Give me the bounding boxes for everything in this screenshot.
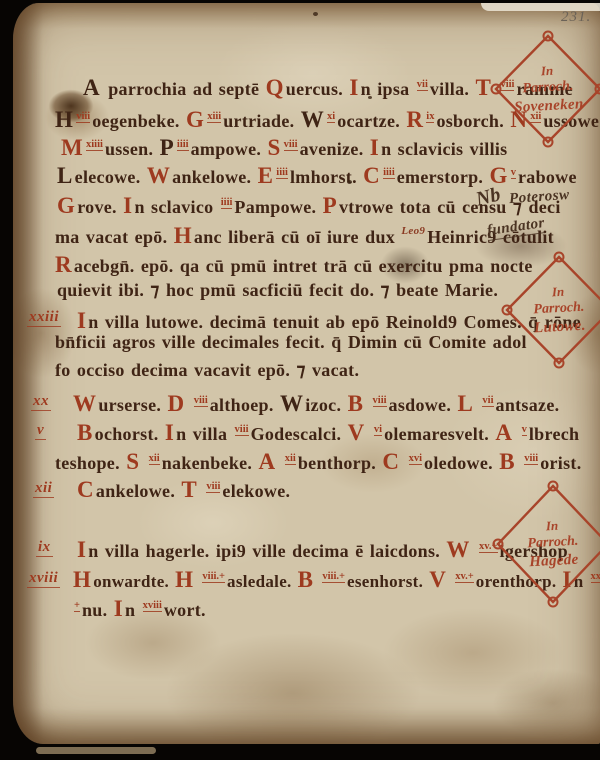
initial-letter: Q: [266, 75, 284, 100]
diamond-label-line: In: [545, 517, 558, 534]
hide-count-superscript: iiii: [221, 197, 233, 209]
hide-count-superscript: viii.+: [322, 571, 345, 583]
text-segment: parrochia ad septē: [102, 79, 266, 99]
manuscript-text-line: Mxiiiiussen. Piiiiampowe. Sviiiavenize. …: [61, 135, 507, 161]
initial-letter: R: [55, 252, 72, 277]
text-segment: orist.: [540, 453, 581, 473]
initial-letter: I: [349, 75, 358, 100]
margin-count: xviii: [27, 570, 60, 588]
initial-letter: D: [168, 391, 185, 416]
text-segment: n villa: [176, 424, 233, 444]
manuscript-text-line: Racebgn̄. epō. qa cū pmū intret trā cū e…: [55, 252, 533, 278]
nota-bene-word: Poterosw: [508, 187, 570, 208]
ink-speck: [347, 180, 352, 184]
text-segment: wort.: [164, 600, 206, 620]
initial-letter: I: [114, 596, 123, 621]
text-segment: avenize.: [300, 139, 370, 159]
ink-speck: [368, 96, 372, 99]
text-segment: oegenbeke.: [92, 111, 186, 131]
initial-letter: I: [77, 308, 86, 333]
text-segment: n sclavico: [134, 197, 219, 217]
hide-count-superscript: viii: [194, 395, 208, 407]
parish-diamond: InParroch.Soveneken: [486, 26, 600, 152]
hide-count-superscript: v: [511, 167, 516, 179]
text-segment: [315, 572, 321, 591]
diamond-label-line: Soveneken: [514, 95, 584, 117]
manuscript-text-line: Bochorst. In villa viiiGodescalci. V vio…: [77, 420, 579, 446]
hide-count-superscript: xii: [149, 453, 160, 465]
text-segment: urtriade.: [223, 111, 300, 131]
ink-speck: [313, 12, 318, 16]
text-segment: althoep.: [210, 395, 280, 415]
text-segment: elekowe.: [222, 481, 290, 501]
hide-count-superscript: xviii: [143, 600, 162, 612]
hide-count-superscript: xiiii: [86, 139, 103, 151]
manuscript-text-line: Lelecowe. Wankelowe. Eiiiilmhorst. Ciiii…: [57, 163, 577, 189]
initial-letter: B: [499, 449, 515, 474]
text-segment: izoc.: [305, 395, 347, 415]
hide-count-superscript: vii: [417, 79, 428, 91]
initial-letter: C: [382, 449, 399, 474]
text-segment: nu.: [82, 600, 114, 620]
text-segment: olemaresvelt.: [384, 424, 495, 444]
text-segment: ocartze.: [337, 111, 406, 131]
initial-letter: I: [370, 135, 379, 160]
margin-count: xx: [31, 393, 51, 411]
initial-letter: B: [77, 420, 93, 445]
margin-count: v: [35, 422, 46, 440]
initial-letter: B: [298, 567, 314, 592]
text-segment: benthorp.: [298, 453, 383, 473]
text-segment: quievit ibi. ⁊ hoc pmū sacficiū fecit do…: [57, 280, 498, 300]
text-segment: teshope.: [55, 453, 126, 473]
initial-letter: C: [77, 477, 94, 502]
text-segment: [401, 453, 407, 473]
initial-letter: H: [174, 223, 192, 248]
text-segment: [367, 424, 373, 444]
text-segment: Godescalci.: [251, 424, 348, 444]
manuscript-text-line: quievit ibi. ⁊ hoc pmū sacficiū fecit do…: [57, 280, 498, 301]
parchment-page: 231. A parrochia ad septē Quercus. In ip…: [13, 3, 600, 744]
initial-letter: G: [186, 107, 204, 132]
text-segment: elecowe.: [75, 167, 147, 187]
hide-count-superscript: ix: [426, 111, 434, 123]
text-segment: Pampowe.: [234, 197, 322, 217]
hide-count-superscript: xiii: [207, 111, 221, 123]
text-segment: onwardte.: [93, 572, 175, 591]
initial-letter: S: [126, 449, 139, 474]
text-segment: emerstorp.: [397, 167, 490, 187]
text-segment: uercus.: [286, 79, 350, 99]
hide-count-superscript: xvi: [409, 453, 422, 465]
manuscript-text-line: Cankelowe. T viiielekowe.: [77, 477, 290, 503]
text-segment: [195, 572, 201, 591]
hide-count-superscript: xv.+: [455, 571, 474, 583]
initial-letter: A: [259, 449, 276, 474]
initial-letter: H: [55, 107, 73, 132]
hide-count-superscript: viii: [524, 453, 538, 465]
initial-letter: E: [258, 163, 274, 188]
text-segment: [365, 395, 371, 415]
text-segment: [475, 395, 481, 415]
text-segment: ankelowe.: [96, 481, 182, 501]
text-segment: [448, 572, 454, 591]
hide-count-superscript: vi: [374, 424, 382, 436]
hide-count-superscript: iiii: [276, 167, 288, 179]
text-segment: [199, 481, 205, 501]
interlinear-addition: Leo9: [401, 225, 425, 237]
diamond-label-line: In: [540, 62, 553, 79]
initial-letter: W: [73, 391, 96, 416]
initial-letter: W: [147, 163, 170, 188]
text-segment: [472, 541, 478, 561]
initial-letter: P: [323, 193, 337, 218]
hide-count-superscript: viii: [76, 111, 90, 123]
parish-diamond: InParroch.Lutowe.: [497, 247, 600, 373]
hide-count-superscript: viii.+: [202, 571, 225, 583]
initial-letter: C: [363, 163, 380, 188]
initial-letter: A: [495, 420, 512, 445]
initial-letter: T: [181, 477, 197, 502]
initial-letter: M: [61, 135, 83, 160]
initial-letter: I: [123, 193, 132, 218]
initial-letter: G: [57, 193, 75, 218]
hide-count-superscript: viii: [373, 395, 387, 407]
text-segment: urserse.: [98, 395, 167, 415]
text-segment: oledowe.: [424, 453, 499, 473]
text-segment: ampowe.: [191, 139, 268, 159]
manuscript-text-line: +nu. In xviiiwort.: [73, 596, 206, 622]
text-segment: rove.: [77, 197, 123, 217]
text-segment: anc liberā cū oī iure dux: [194, 227, 401, 247]
manuscript-text-line: Wurserse. D viiialthoep. Wizoc. B viiias…: [73, 391, 559, 417]
adjacent-page-edge-bottom: [36, 747, 156, 754]
manuscript-text-line: fo occiso decima vacavit epō. ⁊ vacat.: [55, 360, 359, 381]
text-segment: ankelowe.: [172, 167, 258, 187]
diamond-label-line: Hagede: [529, 550, 579, 571]
initial-letter: B: [348, 391, 364, 416]
initial-letter: W: [280, 391, 303, 416]
initial-letter: A: [83, 75, 100, 100]
margin-count: xxiii: [27, 309, 61, 327]
text-segment: asledale.: [227, 572, 298, 591]
text-segment: lmhorst.: [290, 167, 363, 187]
text-segment: fo occiso decima vacavit epō. ⁊ vacat.: [55, 360, 359, 380]
hide-count-superscript: iiii: [177, 139, 189, 151]
initial-letter: I: [77, 537, 86, 562]
text-segment: villa.: [430, 79, 476, 99]
parish-diamond: InParroch.Hagede: [488, 476, 600, 612]
hide-count-superscript: vii: [482, 395, 493, 407]
hide-count-superscript: xii: [285, 453, 296, 465]
text-segment: n: [125, 600, 142, 620]
initial-letter: V: [348, 420, 365, 445]
hide-count-superscript: viii: [284, 139, 298, 151]
text-segment: ma vacat epō.: [55, 227, 174, 247]
text-segment: lbrech: [529, 424, 579, 444]
text-segment: [517, 453, 523, 473]
initial-letter: P: [160, 135, 174, 160]
text-segment: n villa hagerle. ipi9 ville decima ē lai…: [88, 541, 446, 561]
text-segment: nakenbeke.: [162, 453, 259, 473]
hide-count-superscript: iiii: [383, 167, 395, 179]
initial-letter: W: [301, 107, 324, 132]
hide-count-superscript: viii: [235, 424, 249, 436]
manuscript-text-line: ma vacat epō. Hanc liberā cū oī iure dux…: [55, 223, 554, 249]
text-segment: acebgn̄. epō. qa cū pmū intret trā cū ex…: [74, 256, 533, 276]
diamond-label-line: Lutowe.: [534, 316, 587, 337]
text-segment: [186, 395, 192, 415]
initial-letter: H: [175, 567, 193, 592]
text-segment: ussen.: [105, 139, 160, 159]
diamond-label: InParroch.Soveneken: [483, 23, 600, 155]
diamond-label-line: In: [551, 283, 564, 300]
hide-count-superscript: +: [74, 600, 80, 612]
text-segment: [514, 424, 520, 444]
initial-letter: I: [165, 420, 174, 445]
initial-letter: W: [446, 537, 469, 562]
margin-count: ix: [36, 539, 53, 557]
text-segment: [277, 453, 283, 473]
initial-letter: R: [406, 107, 423, 132]
initial-letter: S: [268, 135, 281, 160]
text-segment: rabowe: [518, 167, 577, 187]
diamond-label: InParroch.Hagede: [485, 473, 600, 616]
text-segment: antsaze.: [496, 395, 560, 415]
initial-letter: V: [429, 567, 446, 592]
manuscript-text-line: teshope. S xiinakenbeke. A xiibenthorp. …: [55, 449, 582, 475]
diamond-label: InParroch.Lutowe.: [494, 244, 600, 376]
text-segment: asdowe.: [389, 395, 458, 415]
text-segment: [141, 453, 147, 473]
hide-count-superscript: viii: [206, 481, 220, 493]
manuscript-text-line: bn̄ficii agros ville decimales fecit. q̄…: [55, 332, 527, 353]
hide-count-superscript: v: [522, 424, 527, 436]
initial-letter: L: [57, 163, 73, 188]
hide-count-superscript: xi: [327, 111, 335, 123]
manuscript-photo: 231. A parrochia ad septē Quercus. In ip…: [0, 0, 600, 760]
text-segment: ochorst.: [95, 424, 165, 444]
initial-letter: L: [457, 391, 473, 416]
text-segment: esenhorst.: [347, 572, 429, 591]
text-segment: bn̄ficii agros ville decimales fecit. q̄…: [55, 332, 527, 352]
margin-count: xii: [33, 480, 54, 498]
initial-letter: H: [73, 567, 91, 592]
